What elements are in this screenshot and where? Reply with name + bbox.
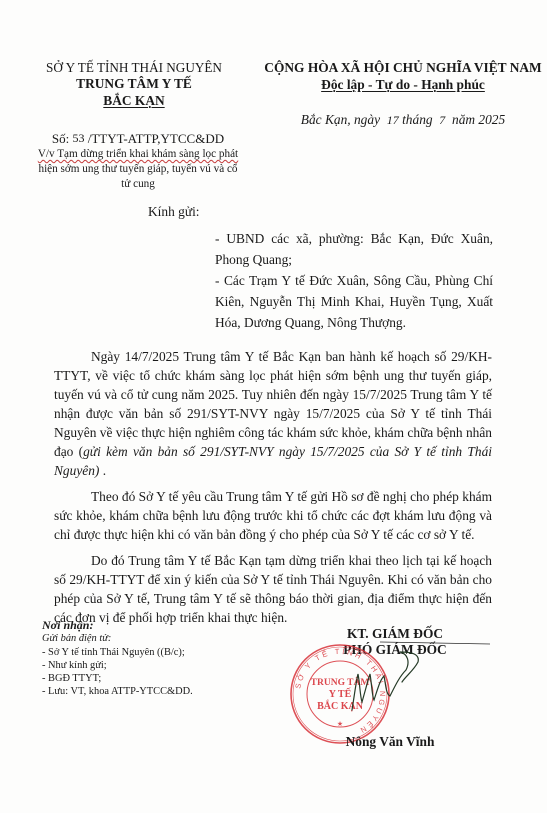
signer-name: Nông Văn Vĩnh [300,734,480,750]
doc-number: 53 [72,131,84,145]
subject-line-1: V/v Tạm dừng triển khai khám sàng lọc ph… [38,148,238,160]
date-place: Bắc Kạn, ngày [301,112,380,127]
recipients-list: - UBND các xã, phường: Bắc Kạn, Đức Xuân… [215,228,493,333]
receivers-subtitle: Gửi bản điện tử: [42,632,282,646]
receivers-title: Nơi nhận: [42,618,282,632]
handwritten-signature-icon [340,640,500,720]
date-year: năm 2025 [452,112,505,127]
svg-text:★: ★ [337,720,343,728]
body-paragraph-2: Theo đó Sở Y tế yêu cầu Trung tâm Y tế g… [54,487,492,544]
paragraph-text: Ngày 14/7/2025 Trung tâm Y tế Bắc Kạn ba… [54,349,492,459]
receiver-item: - Lưu: VT, khoa ATTP-YTCC&DD. [42,685,282,698]
document-reference: Số: 53 /TTYT-ATTP,YTCC&DD V/v Tạm dừng t… [18,130,258,192]
subject-line-3: tử cung [18,177,258,192]
recipients-label: Kính gửi: [148,204,200,220]
receivers-block: Nơi nhận: Gửi bản điện tử: - Sở Y tế tỉn… [42,618,282,698]
national-header: CỘNG HÒA XÃ HỘI CHỦ NGHĨA VIỆT NAM Độc l… [262,60,544,93]
receiver-item: - BGĐ TTYT; [42,672,282,685]
issuing-agency-header: SỞ Y TẾ TỈNH THÁI NGUYÊN TRUNG TÂM Y TẾ … [18,60,250,109]
organization-name-line2: BẮC KẠN [103,93,164,108]
receiver-item: - Sở Y tế tỉnh Thái Nguyên ((B/c); [42,646,282,659]
doc-number-suffix: /TTYT-ATTP,YTCC&DD [88,131,224,146]
body-paragraph-3: Do đó Trung tâm Y tế Bắc Kạn tạm dừng tr… [54,551,492,627]
receiver-item: - Như kính gửi; [42,659,282,672]
document-body: Ngày 14/7/2025 Trung tâm Y tế Bắc Kạn ba… [54,347,492,634]
organization-name-line1: TRUNG TÂM Y TẾ [18,76,250,92]
date-month-label: tháng [402,112,433,127]
subject-line-2: hiện sớm ung thư tuyến giáp, tuyến vú và… [18,162,258,177]
date-line: Bắc Kạn, ngày 17 tháng 7 năm 2025 [262,112,544,128]
paragraph-end: . [99,463,106,478]
national-motto: Độc lập - Tự do - Hạnh phúc [321,77,485,92]
attachment-note: gửi kèm văn bản số 291/SYT-NVY ngày 15/7… [54,444,492,478]
date-month: 7 [439,113,445,127]
doc-number-prefix: Số: [52,131,69,146]
parent-agency: SỞ Y TẾ TỈNH THÁI NGUYÊN [18,60,250,76]
body-paragraph-1: Ngày 14/7/2025 Trung tâm Y tế Bắc Kạn ba… [54,347,492,480]
recipient-item: - UBND các xã, phường: Bắc Kạn, Đức Xuân… [215,228,493,270]
recipient-item: - Các Trạm Y tế Đức Xuân, Sông Cầu, Phùn… [215,270,493,333]
nation-title: CỘNG HÒA XÃ HỘI CHỦ NGHĨA VIỆT NAM [262,60,544,76]
date-day: 17 [387,113,399,127]
